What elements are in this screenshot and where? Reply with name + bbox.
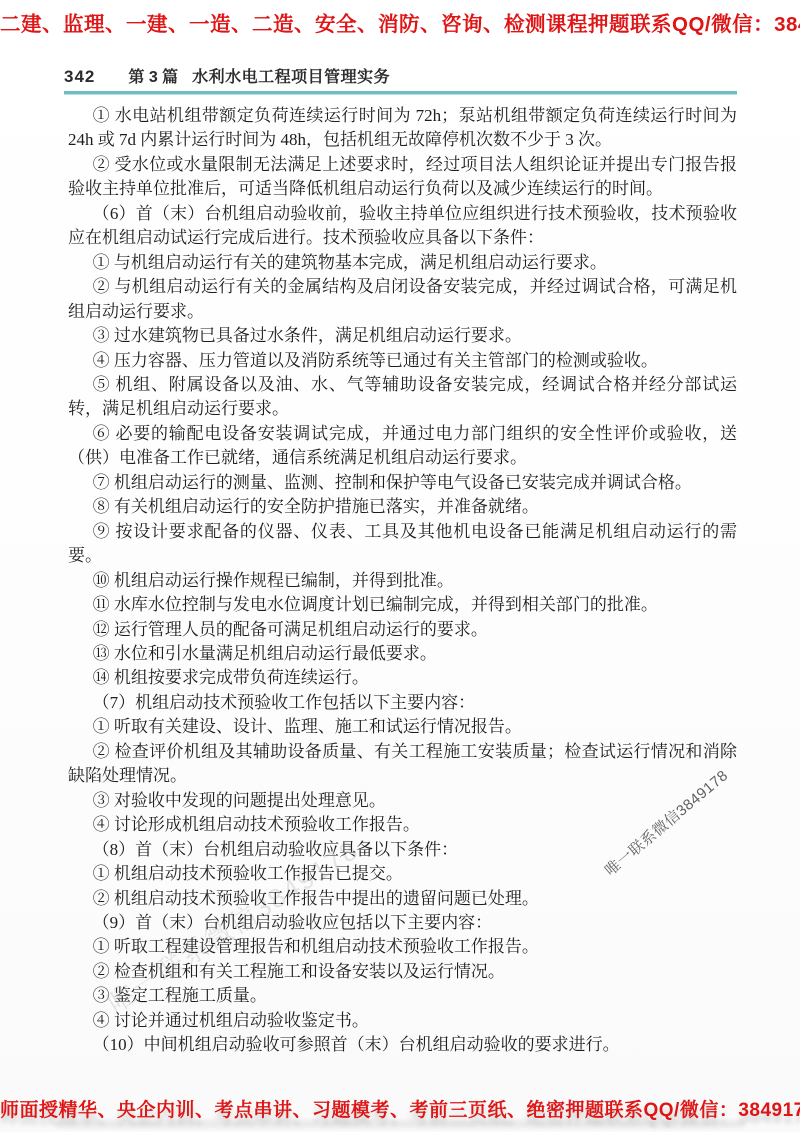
paragraph: ② 机组启动技术预验收工作报告中提出的遗留问题已处理。 [68, 887, 737, 911]
paragraph: ② 与机组启动运行有关的金属结构及启闭设备安装完成，并经过调试合格，可满足机组启… [68, 275, 737, 324]
paragraph: ③ 对验收中发现的问题提出处理意见。 [68, 789, 737, 813]
bottom-ad-banner: 师面授精华、央企内训、考点串讲、习题模考、考前三页纸、绝密押题联系QQ/微信：3… [0, 1095, 800, 1122]
paragraph: ⑪ 水库水位控制与发电水位调度计划已编制完成，并得到相关部门的批准。 [68, 593, 737, 617]
body-text: ① 水电站机组带额定负荷连续运行时间为 72h；泵站机组带额定负荷连续运行时间为… [68, 104, 737, 1058]
paragraph: ④ 讨论形成机组启动技术预验收工作报告。 [68, 813, 737, 837]
page-number: 342 [64, 67, 95, 87]
header-rule [64, 91, 737, 95]
paragraph: （8）首（末）台机组启动验收应具备以下条件： [68, 838, 737, 862]
paragraph: ⑦ 机组启动运行的测量、监测、控制和保护等电气设备已安装完成并调试合格。 [68, 471, 737, 495]
paragraph: ① 水电站机组带额定负荷连续运行时间为 72h；泵站机组带额定负荷连续运行时间为… [68, 104, 737, 153]
paragraph: ⑧ 有关机组启动运行的安全防护措施已落实，并准备就绪。 [68, 495, 737, 519]
paragraph: ③ 过水建筑物已具备过水条件，满足机组启动运行要求。 [68, 324, 737, 348]
paragraph: ② 检查机组和有关工程施工和设备安装以及运行情况。 [68, 960, 737, 984]
section-label: 第 3 篇 [128, 64, 178, 87]
paragraph: ⑩ 机组启动运行操作规程已编制，并得到批准。 [68, 569, 737, 593]
paragraph: ④ 讨论并通过机组启动验收鉴定书。 [68, 1009, 737, 1033]
paragraph: ⑬ 水位和引水量满足机组启动运行最低要求。 [68, 642, 737, 666]
paragraph: ③ 鉴定工程施工质量。 [68, 984, 737, 1008]
paragraph: ② 检查评价机组及其辅助设备质量、有关工程施工安装质量；检查试运行情况和消除缺陷… [68, 740, 737, 789]
paragraph: （7）机组启动技术预验收工作包括以下主要内容： [68, 691, 737, 715]
paragraph: ⑭ 机组按要求完成带负荷连续运行。 [68, 666, 737, 690]
paragraph: ① 机组启动技术预验收工作报告已提交。 [68, 862, 737, 886]
paragraph: ⑥ 必要的输配电设备安装调试完成，并通过电力部门组织的安全性评价或验收，送（供）… [68, 422, 737, 471]
paragraph: （6）首（末）台机组启动验收前，验收主持单位应组织进行技术预验收，技术预验收应在… [68, 202, 737, 251]
paragraph: ① 与机组启动运行有关的建筑物基本完成，满足机组启动运行要求。 [68, 251, 737, 275]
paragraph: ⑫ 运行管理人员的配备可满足机组启动运行的要求。 [68, 618, 737, 642]
paragraph: ① 听取工程建设管理报告和机组启动技术预验收工作报告。 [68, 935, 737, 959]
paragraph: ⑤ 机组、附属设备以及油、水、气等辅助设备安装完成，经调试合格并经分部试运转，满… [68, 373, 737, 422]
paragraph: ④ 压力容器、压力管道以及消防系统等已通过有关主管部门的检测或验收。 [68, 349, 737, 373]
paragraph: （9）首（末）台机组启动验收应包括以下主要内容： [68, 911, 737, 935]
top-ad-banner: 二建、监理、一建、一造、二造、安全、消防、咨询、检测课程押题联系QQ/微信：38… [0, 7, 800, 37]
paragraph: ⑨ 按设计要求配备的仪器、仪表、工具及其他机电设备已能满足机组启动运行的需要。 [68, 520, 737, 569]
chapter-title: 水利水电工程项目管理实务 [192, 64, 390, 87]
paragraph: ② 受水位或水量限制无法满足上述要求时，经过项目法人组织论证并提出专门报告报验收… [68, 153, 737, 202]
page-header: 342 第 3 篇 水利水电工程项目管理实务 [64, 64, 737, 87]
scanned-book-page: 二建、监理、一建、一造、二造、安全、消防、咨询、检测课程押题联系QQ/微信：38… [0, 0, 800, 1132]
paragraph: （10）中间机组启动验收可参照首（末）台机组启动验收的要求进行。 [68, 1033, 737, 1057]
paragraph: ① 听取有关建设、设计、监理、施工和试运行情况报告。 [68, 715, 737, 739]
